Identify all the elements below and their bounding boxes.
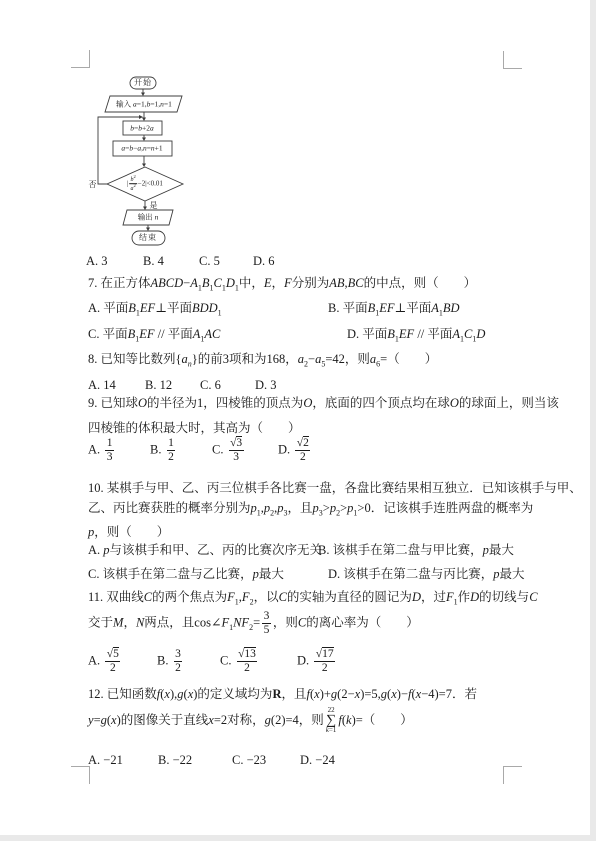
flowchart-start-label: 开始: [134, 79, 152, 87]
question-9-line-1: 9. 已知球O的半径为1，四棱锥的顶点为O，底面的四个顶点均在球O的球面上，则当…: [88, 396, 559, 410]
question-7-option-d: D. 平面B1EF // 平面A1C1D: [347, 327, 485, 347]
question-10-line-3: p，则（ ）: [88, 525, 169, 539]
window-edge-right: [590, 0, 596, 841]
question-10-option-b: B. 该棋手在第二盘与甲比赛，p最大: [318, 543, 514, 557]
question-10-option-a: A. p与该棋手和甲、乙、丙的比赛次序无关: [88, 543, 322, 557]
question-12-option-a: A. −21: [88, 753, 123, 767]
question-11-option-d: D. √172: [297, 648, 337, 675]
flowchart-output-label: 输出 n: [138, 213, 159, 221]
flowchart: 开始 输入 a=1,b=1,n=1 b=b+2a a=b−a,n=n+1 |b2…: [88, 70, 198, 252]
question-6-option-c: C. 5: [199, 254, 220, 268]
question-7-option-a: A. 平面B1EF⊥平面BDD1: [88, 301, 222, 321]
question-8-option-a: A. 14: [88, 378, 116, 392]
question-6-option-a: A. 3: [86, 254, 108, 268]
question-11-option-c: C. √132: [220, 648, 259, 675]
question-11-option-b: B. 32: [157, 648, 184, 675]
flowchart-yes-label: 是: [150, 202, 159, 210]
question-8-stem: 8. 已知等比数列{an}的前3项和为168，a2−a5=42，则a6=（ ）: [88, 352, 437, 372]
flowchart-condition-label: |b2a2−2|<0.01: [127, 175, 163, 193]
document-page: 开始 输入 a=1,b=1,n=1 b=b+2a a=b−a,n=n+1 |b2…: [0, 0, 596, 841]
question-12-option-c: C. −23: [232, 753, 266, 767]
question-7-option-c: C. 平面B1EF // 平面A1AC: [88, 327, 220, 347]
flowchart-step1-label: b=b+2a: [130, 124, 153, 132]
window-edge-bottom: [0, 835, 596, 841]
question-6-option-d: D. 6: [253, 254, 275, 268]
question-12-option-d: D. −24: [300, 753, 335, 767]
question-6-option-b: B. 4: [143, 254, 164, 268]
question-9-option-a: A. 13: [88, 437, 116, 464]
question-12-line-2: y=g(x)的图像关于直线x=2对称，g(2)=4，则22∑k=1f(k)=（ …: [88, 707, 413, 735]
flowchart-input-label: 输入 a=1,b=1,n=1: [116, 100, 172, 108]
question-11-line-2: 交于M，N两点，且cos∠F1NF2=35，则C的离心率为（ ）: [88, 610, 419, 637]
margin-mark-top-left: [71, 50, 90, 68]
question-12-line-1: 12. 已知函数f(x),g(x)的定义域均为R，且f(x)+g(2−x)=5,…: [88, 687, 477, 701]
flowchart-no-label: 否: [89, 181, 98, 189]
flowchart-end-label: 结束: [139, 234, 157, 242]
question-9-line-2: 四棱锥的体积最大时，其高为（ ）: [88, 421, 301, 435]
question-9-option-b: B. 12: [150, 437, 177, 464]
question-7-option-b: B. 平面B1EF⊥平面A1BD: [328, 301, 460, 321]
question-11-option-a: A. √52: [88, 648, 122, 675]
margin-mark-bottom-left: [71, 766, 90, 784]
question-9-option-c: C. √33: [212, 437, 246, 464]
question-10-option-d: D. 该棋手在第二盘与丙比赛，p最大: [328, 567, 525, 581]
question-10-option-c: C. 该棋手在第二盘与乙比赛，p最大: [88, 567, 284, 581]
question-10-line-2: 乙、丙比赛获胜的概率分别为p1,p2,p3，且p3>p2>p1>0．记该棋手连胜…: [88, 501, 533, 521]
margin-mark-top-right: [503, 51, 522, 69]
question-8-option-c: C. 6: [200, 378, 221, 392]
question-8-option-b: B. 12: [145, 378, 172, 392]
margin-mark-bottom-right: [503, 766, 522, 784]
question-12-option-b: B. −22: [158, 753, 192, 767]
question-11-line-1: 11. 双曲线C的两个焦点为F1,F2，以C的实轴为直径的圆记为D，过F1作D的…: [88, 590, 538, 610]
question-10-line-1: 10. 某棋手与甲、乙、丙三位棋手各比赛一盘，各盘比赛结果相互独立．已知该棋手与…: [88, 481, 582, 495]
question-8-option-d: D. 3: [255, 378, 277, 392]
question-9-option-d: D. √22: [278, 437, 312, 464]
flowchart-step2-label: a=b−a,n=n+1: [121, 144, 162, 152]
question-7-stem: 7. 在正方体ABCD−A1B1C1D1中，E，F分别为AB,BC的中点，则（ …: [88, 276, 476, 296]
flowchart-shapes: [88, 70, 198, 252]
